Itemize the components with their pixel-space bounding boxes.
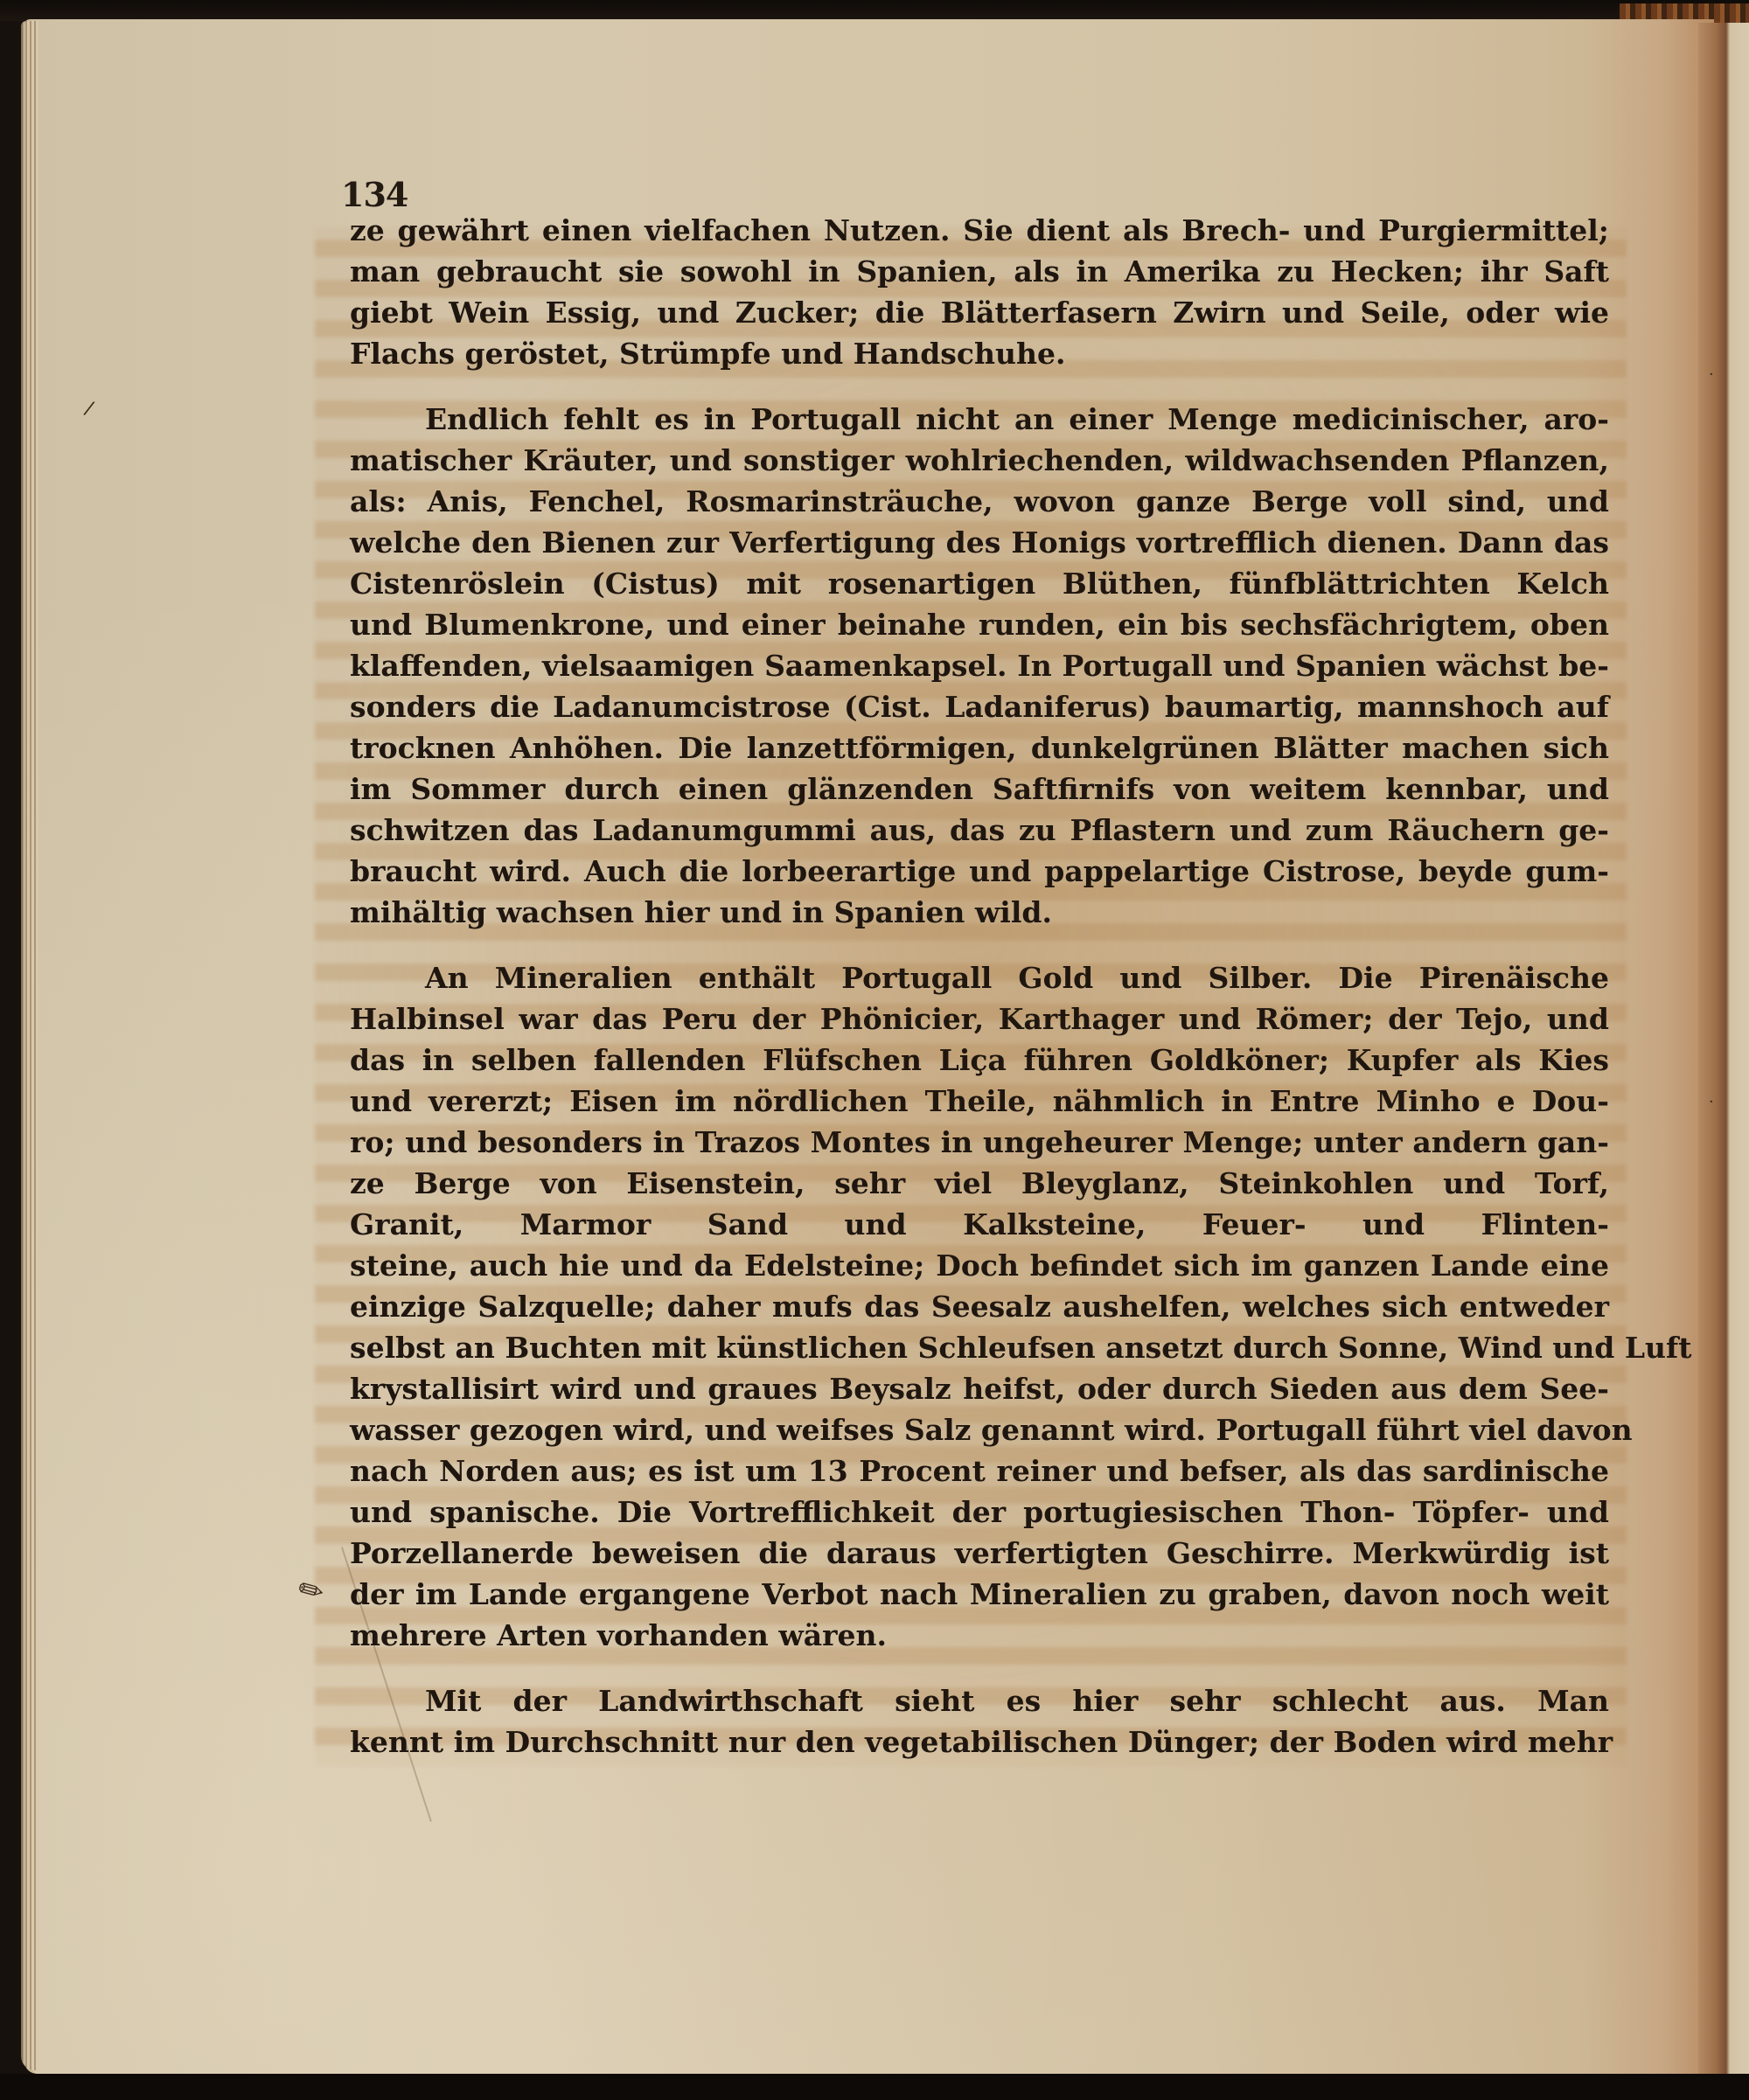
text-line: im Sommer durch einen glänzenden Saftfir… <box>350 768 1609 810</box>
text-line: schwitzen das Ladanumgummi aus, das zu P… <box>350 810 1609 851</box>
text-line: das in selben fallenden Flüfschen Liça f… <box>350 1040 1609 1081</box>
paragraph-minerals: An Mineralien enthält Portugall Gold und… <box>350 957 1609 1656</box>
text-line: selbst an Buchten mit künstlichen Schleu… <box>350 1327 1609 1368</box>
paragraph-agriculture: Mit der Landwirthschaft sieht es hier se… <box>350 1680 1609 1763</box>
text-line: einzige Salzquelle; daher mufs das Seesa… <box>350 1286 1609 1327</box>
text-line: matischer Kräuter, und sonstiger wohlrie… <box>350 440 1609 481</box>
text-line: man gebraucht sie sowohl in Spanien, als… <box>350 251 1609 292</box>
text-line: nach Norden aus; es ist um 13 Procent re… <box>350 1450 1609 1492</box>
scan-frame-top <box>0 0 1749 21</box>
margin-dot-icon: · <box>1709 1093 1714 1111</box>
text-line: ro; und besonders in Trazos Montes in un… <box>350 1122 1609 1163</box>
text-line: krystallisirt wird und graues Beysalz he… <box>350 1368 1609 1409</box>
text-line: giebt Wein Essig, und Zucker; die Blätte… <box>350 292 1609 333</box>
text-line: sonders die Ladanumcistrose (Cist. Ladan… <box>350 686 1609 727</box>
paragraph-herbs: Endlich fehlt es in Portugall nicht an e… <box>350 399 1609 933</box>
text-line: Granit, Marmor Sand und Kalksteine, Feue… <box>350 1204 1609 1245</box>
page-number: 134 <box>341 175 408 214</box>
text-line: wasser gezogen wird, und weifses Salz ge… <box>350 1409 1609 1450</box>
text-line: und vererzt; Eisen im nördlichen Theile,… <box>350 1081 1609 1122</box>
text-line: und spanische. Die Vortrefflichkeit der … <box>350 1492 1609 1533</box>
text-line: der im Lande ergangene Verbot nach Miner… <box>350 1574 1609 1615</box>
text-line: kennt im Durchschnitt nur den vegetabili… <box>350 1721 1609 1763</box>
text-line: als: Anis, Fenchel, Rosmarinsträuche, wo… <box>350 481 1609 522</box>
margin-dot-icon: · <box>1709 365 1714 384</box>
scan-frame-bottom <box>0 2074 1749 2100</box>
body-text: ze gewährt einen vielfachen Nutzen. Sie … <box>350 210 1609 1763</box>
text-line: trocknen Anhöhen. Die lanzettförmigen, d… <box>350 727 1609 768</box>
text-line: welche den Bienen zur Verfertigung des H… <box>350 522 1609 563</box>
text-line: An Mineralien enthält Portugall Gold und… <box>350 957 1609 998</box>
text-line: Endlich fehlt es in Portugall nicht an e… <box>350 399 1609 440</box>
text-line: und Blumenkrone, und einer beinahe runde… <box>350 604 1609 645</box>
page-edges <box>21 21 38 2070</box>
text-line: ze gewährt einen vielfachen Nutzen. Sie … <box>350 210 1609 251</box>
text-line: klaffenden, vielsaamigen Saamenkapsel. I… <box>350 645 1609 686</box>
text-line: Porzellanerde beweisen die daraus verfer… <box>350 1533 1609 1574</box>
text-line: steine, auch hie und da Edelsteine; Doch… <box>350 1245 1609 1286</box>
paragraph-continuation: ze gewährt einen vielfachen Nutzen. Sie … <box>350 210 1609 374</box>
text-line: Cistenröslein (Cistus) mit rosenartigen … <box>350 563 1609 604</box>
text-line: mehrere Arten vorhanden wären. <box>350 1615 1609 1656</box>
text-line: mihältig wachsen hier und in Spanien wil… <box>350 892 1609 933</box>
text-line: ze Berge von Eisenstein, sehr viel Bleyg… <box>350 1163 1609 1204</box>
text-line: braucht wird. Auch die lorbeerartige und… <box>350 851 1609 892</box>
text-line: Halbinsel war das Peru der Phönicier, Ka… <box>350 998 1609 1040</box>
text-line: Mit der Landwirthschaft sieht es hier se… <box>350 1680 1609 1721</box>
facing-page-edge <box>1702 23 1749 2077</box>
text-line: Flachs geröstet, Strümpfe und Handschuhe… <box>350 333 1609 374</box>
